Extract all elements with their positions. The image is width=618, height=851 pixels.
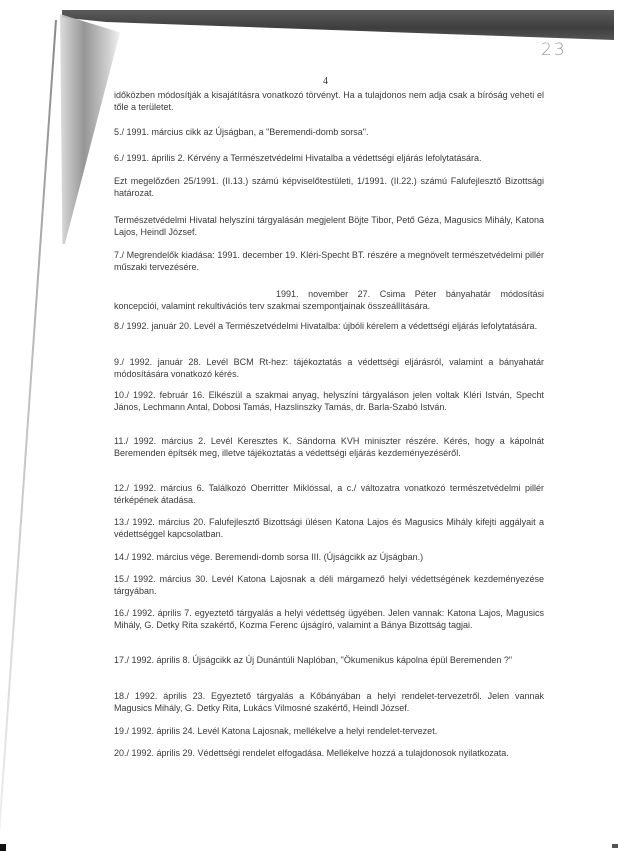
list-item-8: 8./ 1992. január 20. Levél a Természetvé… xyxy=(114,320,544,332)
list-item-6: 6./ 1991. április 2. Kérvény a Természet… xyxy=(114,152,544,164)
list-item-9: 9./ 1992. január 28. Levél BCM Rt-hez: t… xyxy=(114,356,544,380)
list-item-19: 19./ 1992. április 24. Levél Katona Lajo… xyxy=(114,725,544,737)
list-item-14: 14./ 1992. március vége. Beremendi-domb … xyxy=(114,551,544,563)
list-item-15: 15./ 1992. március 30. Levél Katona Lajo… xyxy=(114,573,544,597)
scanned-page-fold-shadow xyxy=(62,10,614,40)
list-item-10: 10./ 1992. február 16. Elkészül a szakma… xyxy=(114,389,544,413)
list-item-17: 17./ 1992. április 8. Újságcikk az Új Du… xyxy=(114,654,544,666)
list-item-11: 11./ 1992. március 2. Levél Keresztes K.… xyxy=(114,435,544,459)
scan-mark-right xyxy=(612,844,618,848)
list-item-12: 12./ 1992. március 6. Találkozó Oberritt… xyxy=(114,482,544,506)
list-item-20: 20./ 1992. április 29. Védettségi rendel… xyxy=(114,747,544,759)
list-item-13: 13./ 1992. március 20. Falufejlesztő Biz… xyxy=(114,516,544,540)
handwritten-page-number: 23 xyxy=(541,40,567,60)
paragraph-preceding-decisions: Ezt megelőzően 25/1991. (II.13.) számú k… xyxy=(114,175,544,199)
list-item-16: 16./ 1992. április 7. egyeztető tárgyalá… xyxy=(114,607,544,631)
scanned-page-corner-fold xyxy=(60,14,120,244)
list-item-18: 18./ 1992. április 23. Egyeztető tárgyal… xyxy=(114,690,544,714)
paragraph-site-hearing: Természetvédelmi Hivatal helyszíni tárgy… xyxy=(114,214,544,238)
page-number: 4 xyxy=(323,76,328,87)
scan-mark-left xyxy=(0,844,6,851)
scan-edge-marks xyxy=(0,844,618,851)
list-item-7: 7./ Megrendelők kiadása: 1991. december … xyxy=(114,249,544,273)
page-edge-line xyxy=(0,20,57,838)
paragraph-continuation: időközben módosítják a kisajátításra von… xyxy=(114,89,544,113)
list-item-7-sub: 1991. november 27. Csima Péter bányahatá… xyxy=(114,288,544,312)
list-item-5: 5./ 1991. március cikk az Újságban, a "B… xyxy=(114,126,544,138)
